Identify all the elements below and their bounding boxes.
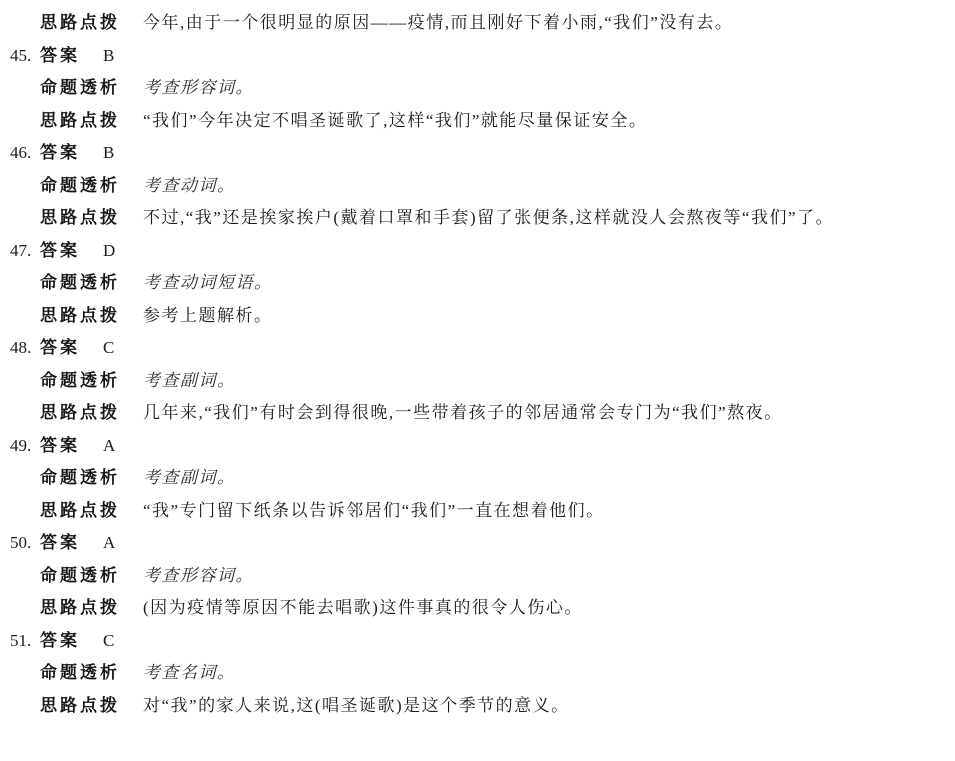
guidance-text: 对“我”的家人来说,这(唱圣诞歌)是这个季节的意义。 xyxy=(143,690,570,723)
item-number: 48. xyxy=(10,332,31,365)
question-item-45: 45. 答案 B 命题透析 考查形容词。 思路点拨 “我们”今年决定不唱圣诞歌了… xyxy=(0,40,955,138)
answer-letter: B xyxy=(103,137,115,170)
guidance-label: 思路点拨 xyxy=(40,690,120,723)
guidance-row: 思路点拨 对“我”的家人来说,这(唱圣诞歌)是这个季节的意义。 xyxy=(0,690,955,723)
guidance-text: 参考上题解析。 xyxy=(143,300,273,333)
guidance-label: 思路点拨 xyxy=(40,397,120,430)
analysis-label: 命题透析 xyxy=(40,72,120,105)
analysis-text: 考查副词。 xyxy=(143,462,236,495)
question-item-49: 49. 答案 A 命题透析 考查副词。 思路点拨 “我”专门留下纸条以告诉邻居们… xyxy=(0,430,955,528)
answer-row: 48. 答案 C xyxy=(0,332,955,365)
guidance-row: 思路点拨 “我”专门留下纸条以告诉邻居们“我们”一直在想着他们。 xyxy=(0,495,955,528)
guidance-text: “我们”今年决定不唱圣诞歌了,这样“我们”就能尽量保证安全。 xyxy=(143,105,647,138)
guidance-text: 不过,“我”还是挨家挨户(戴着口罩和手套)留了张便条,这样就没人会熬夜等“我们”… xyxy=(143,202,834,235)
guidance-text: “我”专门留下纸条以告诉邻居们“我们”一直在想着他们。 xyxy=(143,495,605,528)
analysis-row: 命题透析 考查动词。 xyxy=(0,170,955,203)
question-item-51: 51. 答案 C 命题透析 考查名词。 思路点拨 对“我”的家人来说,这(唱圣诞… xyxy=(0,625,955,723)
answer-label: 答案 xyxy=(40,40,80,73)
answer-row: 50. 答案 A xyxy=(0,527,955,560)
question-item-46: 46. 答案 B 命题透析 考查动词。 思路点拨 不过,“我”还是挨家挨户(戴着… xyxy=(0,137,955,235)
guidance-label: 思路点拨 xyxy=(40,105,120,138)
analysis-text: 考查动词。 xyxy=(143,170,236,203)
analysis-row: 命题透析 考查副词。 xyxy=(0,462,955,495)
item-number: 46. xyxy=(10,137,31,170)
answer-row: 49. 答案 A xyxy=(0,430,955,463)
answer-letter: B xyxy=(103,40,115,73)
guidance-row: 思路点拨 (因为疫情等原因不能去唱歌)这件事真的很令人伤心。 xyxy=(0,592,955,625)
analysis-row: 命题透析 考查形容词。 xyxy=(0,72,955,105)
answer-row: 51. 答案 C xyxy=(0,625,955,658)
guidance-row: 思路点拨 今年,由于一个很明显的原因——疫情,而且刚好下着小雨,“我们”没有去。 xyxy=(0,7,955,40)
question-item-47: 47. 答案 D 命题透析 考查动词短语。 思路点拨 参考上题解析。 xyxy=(0,235,955,333)
guidance-label: 思路点拨 xyxy=(40,592,120,625)
answer-row: 47. 答案 D xyxy=(0,235,955,268)
analysis-label: 命题透析 xyxy=(40,267,120,300)
guidance-row: 思路点拨 “我们”今年决定不唱圣诞歌了,这样“我们”就能尽量保证安全。 xyxy=(0,105,955,138)
answer-label: 答案 xyxy=(40,137,80,170)
answer-row: 45. 答案 B xyxy=(0,40,955,73)
answer-label: 答案 xyxy=(40,527,80,560)
analysis-label: 命题透析 xyxy=(40,462,120,495)
answer-label: 答案 xyxy=(40,430,80,463)
answer-letter: C xyxy=(103,332,115,365)
item-number: 45. xyxy=(10,40,31,73)
analysis-label: 命题透析 xyxy=(40,560,120,593)
item-number: 49. xyxy=(10,430,31,463)
analysis-label: 命题透析 xyxy=(40,170,120,203)
guidance-label: 思路点拨 xyxy=(40,300,120,333)
analysis-text: 考查形容词。 xyxy=(143,72,254,105)
item-number: 50. xyxy=(10,527,31,560)
guidance-row: 思路点拨 不过,“我”还是挨家挨户(戴着口罩和手套)留了张便条,这样就没人会熬夜… xyxy=(0,202,955,235)
guidance-text: 今年,由于一个很明显的原因——疫情,而且刚好下着小雨,“我们”没有去。 xyxy=(143,7,733,40)
analysis-label: 命题透析 xyxy=(40,657,120,690)
analysis-row: 命题透析 考查动词短语。 xyxy=(0,267,955,300)
analysis-row: 命题透析 考查副词。 xyxy=(0,365,955,398)
answer-letter: A xyxy=(103,430,116,463)
answer-letter: D xyxy=(103,235,116,268)
guidance-text: (因为疫情等原因不能去唱歌)这件事真的很令人伤心。 xyxy=(143,592,583,625)
analysis-row: 命题透析 考查形容词。 xyxy=(0,560,955,593)
answer-letter: A xyxy=(103,527,116,560)
question-item-50: 50. 答案 A 命题透析 考查形容词。 思路点拨 (因为疫情等原因不能去唱歌)… xyxy=(0,527,955,625)
guidance-text: 几年来,“我们”有时会到得很晚,一些带着孩子的邻居通常会专门为“我们”熬夜。 xyxy=(143,397,783,430)
guidance-label: 思路点拨 xyxy=(40,202,120,235)
answer-label: 答案 xyxy=(40,332,80,365)
answer-letter: C xyxy=(103,625,115,658)
analysis-row: 命题透析 考查名词。 xyxy=(0,657,955,690)
analysis-text: 考查副词。 xyxy=(143,365,236,398)
analysis-text: 考查动词短语。 xyxy=(143,267,273,300)
answer-key-page: 思路点拨 今年,由于一个很明显的原因——疫情,而且刚好下着小雨,“我们”没有去。… xyxy=(0,0,955,761)
analysis-text: 考查名词。 xyxy=(143,657,236,690)
answer-label: 答案 xyxy=(40,625,80,658)
analysis-text: 考查形容词。 xyxy=(143,560,254,593)
item-number: 47. xyxy=(10,235,31,268)
analysis-label: 命题透析 xyxy=(40,365,120,398)
answer-row: 46. 答案 B xyxy=(0,137,955,170)
item-number: 51. xyxy=(10,625,31,658)
answer-label: 答案 xyxy=(40,235,80,268)
guidance-label: 思路点拨 xyxy=(40,7,120,40)
guidance-label: 思路点拨 xyxy=(40,495,120,528)
question-item-48: 48. 答案 C 命题透析 考查副词。 思路点拨 几年来,“我们”有时会到得很晚… xyxy=(0,332,955,430)
guidance-row: 思路点拨 几年来,“我们”有时会到得很晚,一些带着孩子的邻居通常会专门为“我们”… xyxy=(0,397,955,430)
guidance-row: 思路点拨 参考上题解析。 xyxy=(0,300,955,333)
